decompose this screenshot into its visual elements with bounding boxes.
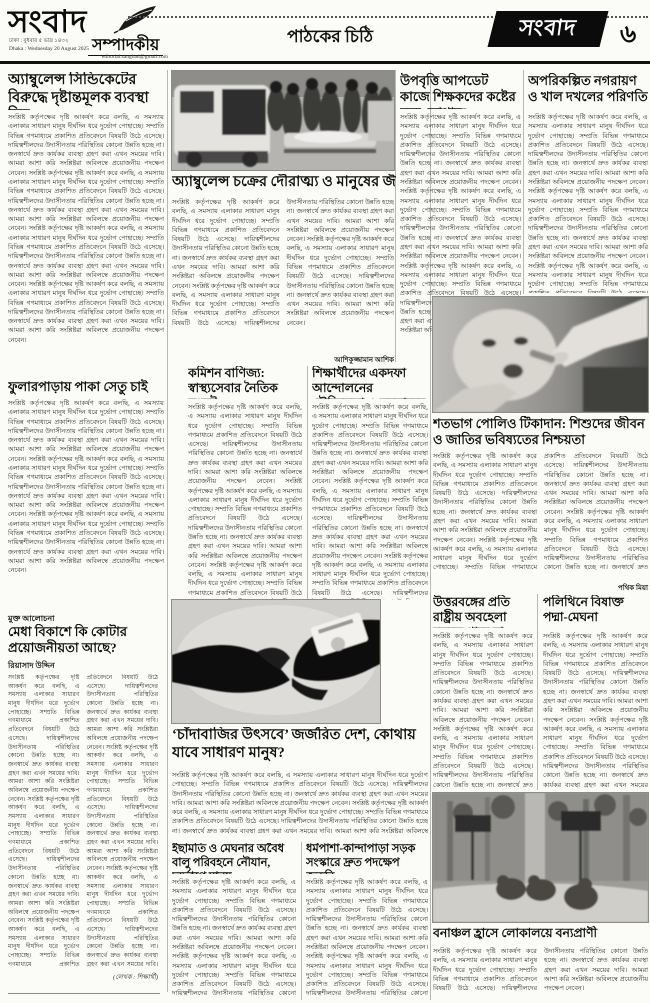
article-headline: উত্তরবঙ্গের প্রতি রাষ্ট্রীয় অবহেলা চলতে… [433, 595, 533, 628]
article-byline: পথিক মিয়া [433, 582, 648, 594]
article-headline: উপবৃত্তি আপডেট কাজে শিক্ষকদের কষ্টের মূল… [400, 73, 521, 109]
article-body: সংশ্লিষ্ট কর্তৃপক্ষের দৃষ্টি আকর্ষণ করে … [433, 947, 648, 997]
baby-polio-vaccination-photo [433, 297, 648, 412]
masthead-logo-text: সংবাদ [8, 4, 87, 39]
article-body: সংশ্লিষ্ট কর্তৃপক্ষের দৃষ্টি আকর্ষণ করে … [172, 198, 394, 352]
article-body: সংশ্লিষ্ট কর্তৃপক্ষের দৃষ্টি আকর্ষণ করে … [528, 113, 648, 293]
article-body: সংশ্লিষ্ট কর্তৃপক্ষের দৃষ্টি আকর্ষণ করে … [8, 674, 158, 970]
article-headline: মেধা বিকাশে কি কোটার প্রয়োজনীয়তা আছে? [8, 624, 156, 658]
article-headline: বনাঞ্চল হ্রাসে লোকালয়ে বন্যপ্রাণী [433, 926, 648, 943]
article-headline: শতভাগ পোলিও টিকাদান: শিশুদের জীবন ও জাতি… [433, 416, 648, 449]
article-body: সংশ্লিষ্ট কর্তৃপক্ষের দৃষ্টি আকর্ষণ করে … [188, 403, 302, 600]
article-headline: অপরিকল্পিত নগরায়ণ ও খাল দখলের পরিণতি [528, 73, 648, 109]
masthead-box: সংবাদ [488, 11, 609, 47]
article-headline: কমিশন বাণিজ্য: স্বাস্থ্যসেবার নৈতিক সংকট [188, 366, 302, 399]
monkeys-on-forest-path-photo [433, 793, 648, 922]
article-headline: শিক্ষার্থীদের একদফা আন্দোলনের যৌক্তিকতা … [312, 366, 428, 399]
article-body: সংশ্লিষ্ট কর্তৃপক্ষের দৃষ্টি আকর্ষণ করে … [306, 878, 428, 998]
column-divider [395, 70, 396, 362]
article-headline: পলিথিনে বিষাক্ত পদ্মা-মেঘনা [543, 595, 648, 628]
masthead-box-text: সংবাদ [517, 11, 580, 48]
article-headline: ফুলারপাড়ায় পাকা সেতু চাই [8, 379, 164, 396]
column-divider [523, 70, 524, 294]
article-body: সংশ্লিষ্ট কর্তৃপক্ষের দৃষ্টি আকর্ষণ করে … [8, 113, 164, 375]
article-body: সংশ্লিষ্ট কর্তৃপক্ষের দৃষ্টি আকর্ষণ করে … [543, 632, 648, 790]
column-divider [301, 842, 302, 1000]
article-byline: রিয়াসাদ উদ্দিন [8, 660, 156, 673]
bottom-rule [8, 993, 160, 994]
hands-exchanging-money-photo [172, 600, 380, 723]
article-body: সংশ্লিষ্ট কর্তৃপক্ষের দৃষ্টি আকর্ষণ করে … [433, 452, 648, 580]
article-body: সংশ্লিষ্ট কর্তৃপক্ষের দৃষ্টি আকর্ষণ করে … [433, 632, 533, 790]
article-byline: আশিকুজ্জামান আশিক [172, 354, 394, 366]
quill-pen-icon [112, 4, 160, 34]
newspaper-page: সংবাদ ঢাকা : বুধবার ৫ ভাদ্র ১৪৩২ Dhaka :… [0, 0, 650, 1003]
ambulance-crowd-stretcher-photo [172, 71, 394, 170]
article-body: সংশ্লিষ্ট কর্তৃপক্ষের দৃষ্টি আকর্ষণ করে … [172, 771, 428, 833]
masthead-logo: সংবাদ [8, 6, 87, 37]
article-headline: ‘চাঁদাবাজির উৎসবে’ জর্জরিত দেশ, কোথায় য… [172, 727, 428, 767]
editorial-email: editorial.sangbad@gmail.com [60, 54, 210, 60]
page-number: ৬ [620, 14, 636, 57]
article-body: সংশ্লিষ্ট কর্তৃপক্ষের দৃষ্টি আকর্ষণ করে … [172, 878, 296, 998]
article-body: সংশ্লিষ্ট কর্তৃপক্ষের দৃষ্টি আকর্ষণ করে … [8, 399, 164, 605]
article-headline: ধর্মপাশা-কান্দাপাড়া সড়ক সংস্কারে দ্রুত… [306, 843, 428, 874]
article-headline: ইছামতি ও মেঘনার অবৈধ বালু পরিবহনে নৌযান,… [172, 843, 296, 874]
article-headline: অ্যাম্বুলেন্স সিন্ডিকেটের বিরুদ্ধে দৃষ্ট… [8, 72, 164, 110]
page-title: পাঠকের চিঠি [250, 24, 410, 52]
article-headline: অ্যাম্বুলেন্স চক্রের দৌরাত্ম্য ও মানুষের… [172, 174, 396, 194]
author-credit: (লেখক : শিক্ষার্থী) [8, 972, 158, 983]
article-body: সংশ্লিষ্ট কর্তৃপক্ষের দৃষ্টি আকর্ষণ করে … [312, 403, 428, 600]
column-divider [537, 594, 538, 790]
column-divider [307, 366, 308, 600]
column-divider [167, 70, 168, 992]
header-rule [0, 61, 650, 64]
